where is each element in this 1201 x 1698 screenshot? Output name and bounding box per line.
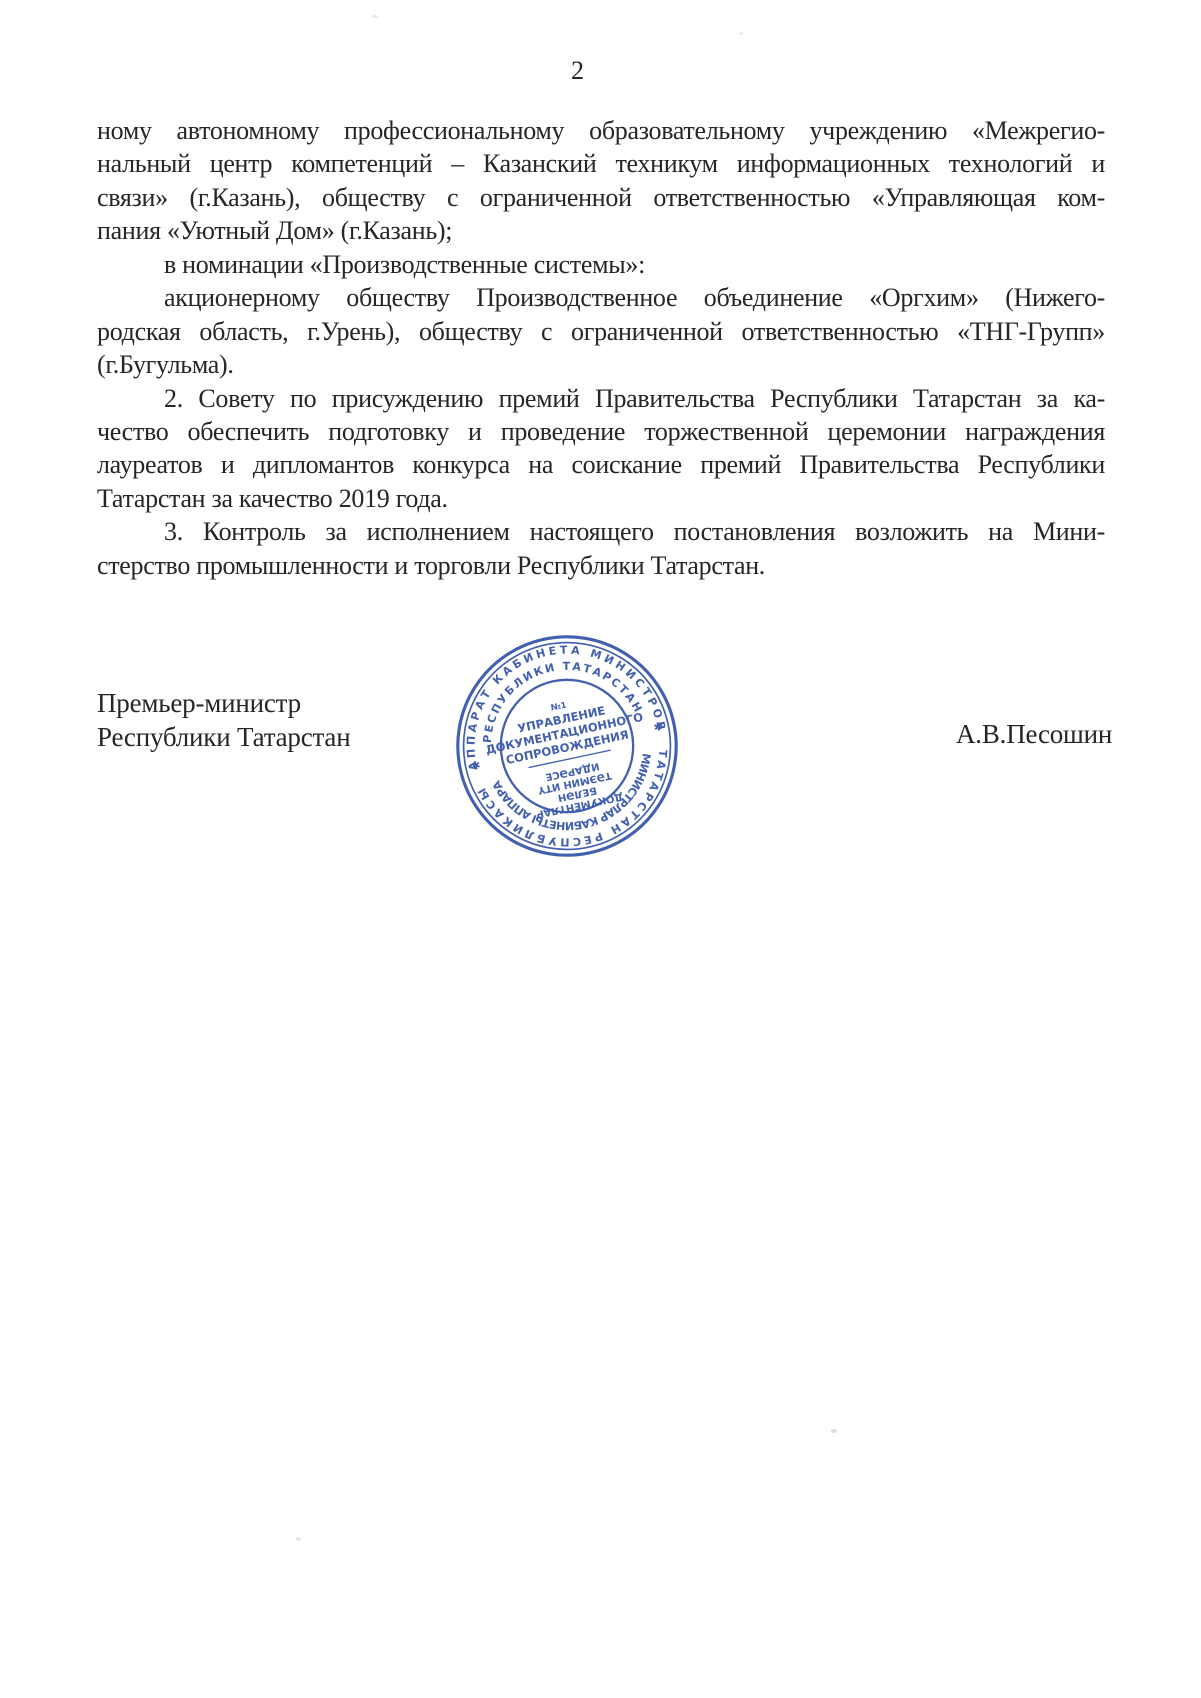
- scan-speck: [739, 32, 743, 35]
- body-line: пания «Уютный Дом» (г.Казань);: [97, 214, 1105, 247]
- stamp-rotated-group: АППАРАТ КАБИНЕТА МИНИСТРОВ ТАТАРСТАН РЕС…: [441, 620, 693, 872]
- body-line: в номинации «Производственные системы»:: [97, 248, 1105, 281]
- signer-title: Премьер-министр Республики Татарстан: [97, 686, 350, 754]
- page-number: 2: [0, 56, 1155, 86]
- official-stamp: АППАРАТ КАБИНЕТА МИНИСТРОВ ТАТАРСТАН РЕС…: [441, 620, 693, 872]
- signer-title-line-2: Республики Татарстан: [97, 720, 350, 754]
- body-line: чество обеспечить подготовку и проведени…: [97, 415, 1105, 448]
- signer-title-line-1: Премьер-министр: [97, 686, 350, 720]
- body-line: акционерному обществу Производственное о…: [97, 281, 1105, 314]
- body-line: нальный центр компетенций – Казанский те…: [97, 147, 1105, 180]
- body-line: родская область, г.Урень), обществу с ог…: [97, 315, 1105, 348]
- body-line: Татарстан за качество 2019 года.: [97, 482, 1105, 515]
- body-line: (г.Бугульма).: [97, 348, 1105, 381]
- signer-name: А.В.Песошин: [956, 719, 1112, 750]
- stamp-star-left-icon: ✱: [469, 758, 481, 774]
- body-line: лауреатов и дипломантов конкурса на соис…: [97, 448, 1105, 481]
- scan-speck: [831, 1429, 837, 1433]
- scan-speck: [372, 15, 378, 18]
- body-line: 3. Контроль за исполнением настоящего по…: [97, 515, 1105, 548]
- document-page: 2 ному автономному профессиональному обр…: [0, 0, 1201, 1698]
- body-line: связи» (г.Казань), обществу с ограниченн…: [97, 181, 1105, 214]
- document-body: ному автономному профессиональному образ…: [97, 114, 1105, 582]
- scan-speck: [296, 1537, 301, 1541]
- body-line: стерство промышленности и торговли Респу…: [97, 549, 1105, 582]
- body-line: ному автономному профессиональному образ…: [97, 114, 1105, 147]
- body-line: 2. Совету по присуждению премий Правител…: [97, 382, 1105, 415]
